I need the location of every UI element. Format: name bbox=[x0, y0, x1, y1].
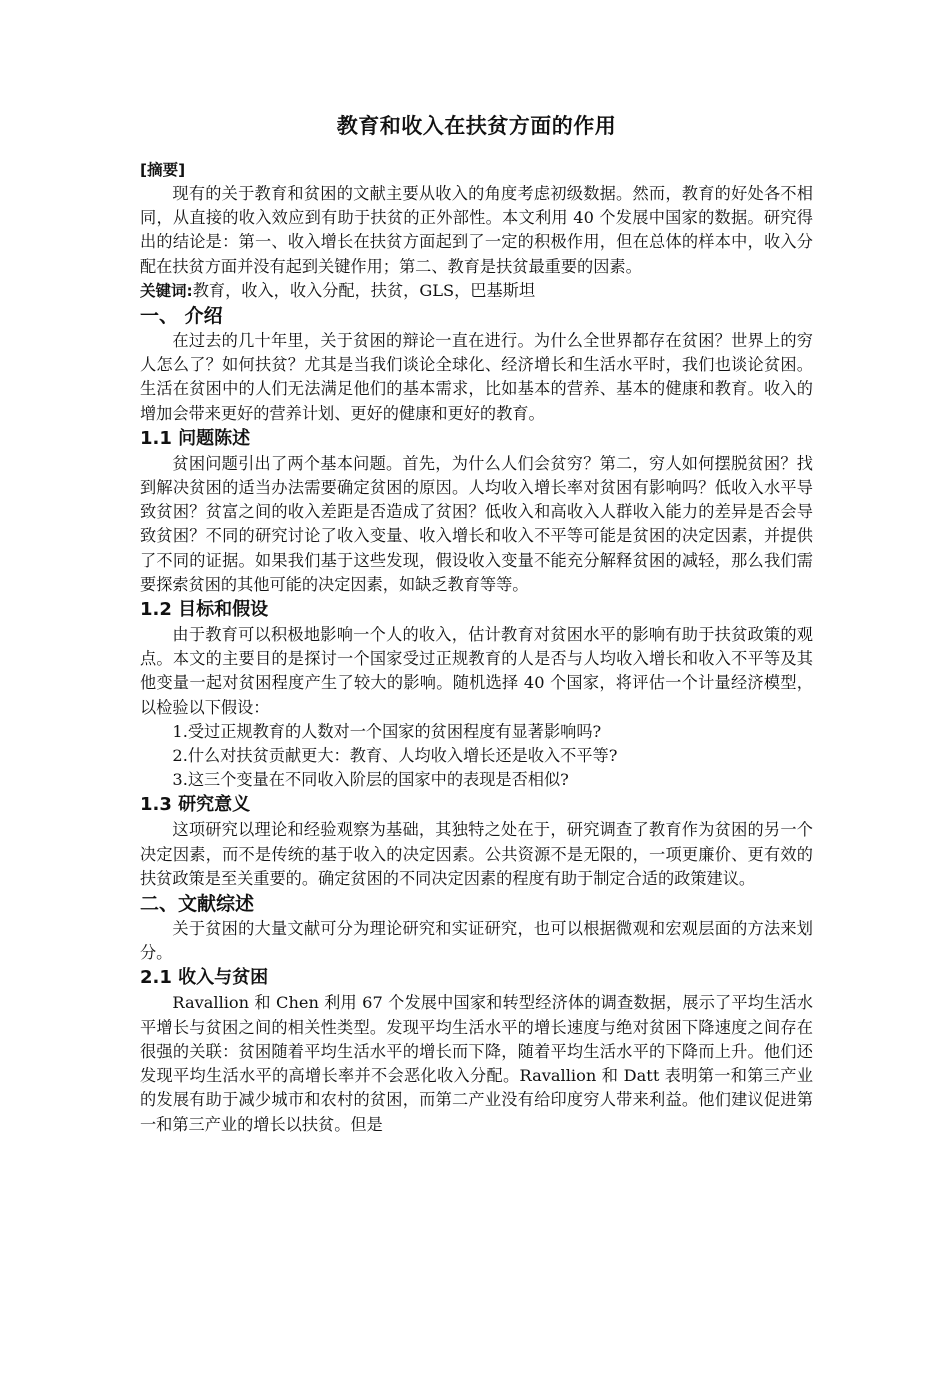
section-heading-significance: 1.3 研究意义 bbox=[140, 792, 813, 818]
keywords: 关键词:教育，收入，收入分配，扶贫，GLS，巴基斯坦 bbox=[140, 279, 813, 303]
introduction-paragraph: 在过去的几十年里，关于贫困的辩论一直在进行。为什么全世界都存在贫困？世界上的穷人… bbox=[140, 329, 813, 426]
abstract-text: 现有的关于教育和贫困的文献主要从收入的角度考虑初级数据。然而，教育的好处各不相同… bbox=[140, 182, 813, 279]
keywords-label: 关键词: bbox=[140, 282, 193, 300]
section-heading-introduction: 一、 介绍 bbox=[140, 303, 813, 329]
section-heading-literature-review: 二、文献综述 bbox=[140, 891, 813, 917]
section-heading-problem-statement: 1.1 问题陈述 bbox=[140, 426, 813, 452]
literature-review-paragraph: 关于贫困的大量文献可分为理论研究和实证研究，也可以根据微观和宏观层面的方法来划分… bbox=[140, 917, 813, 965]
objectives-paragraph: 由于教育可以积极地影响一个人的收入，估计教育对贫困水平的影响有助于扶贫政策的观点… bbox=[140, 623, 813, 720]
keywords-text: 教育，收入，收入分配，扶贫，GLS，巴基斯坦 bbox=[193, 281, 535, 300]
significance-paragraph: 这项研究以理论和经验观察为基础，其独特之处在于，研究调查了教育作为贫困的另一个决… bbox=[140, 818, 813, 891]
abstract-label: [摘要] bbox=[140, 158, 813, 182]
income-poverty-paragraph: Ravallion 和 Chen 利用 67 个发展中国家和转型经济体的调查数据… bbox=[140, 991, 813, 1136]
section-heading-income-poverty: 2.1 收入与贫困 bbox=[140, 965, 813, 991]
hypothesis-item: 3.这三个变量在不同收入阶层的国家中的表现是否相似? bbox=[140, 768, 813, 792]
hypothesis-item: 2.什么对扶贫贡献更大：教育、人均收入增长还是收入不平等? bbox=[140, 744, 813, 768]
hypothesis-item: 1.受过正规教育的人数对一个国家的贫困程度有显著影响吗? bbox=[140, 720, 813, 744]
document-title: 教育和收入在扶贫方面的作用 bbox=[140, 112, 813, 140]
document-page: 教育和收入在扶贫方面的作用 [摘要] 现有的关于教育和贫困的文献主要从收入的角度… bbox=[140, 112, 813, 1137]
section-heading-objectives: 1.2 目标和假设 bbox=[140, 597, 813, 623]
problem-statement-paragraph: 贫困问题引出了两个基本问题。首先，为什么人们会贫穷？第二，穷人如何摆脱贫困？找到… bbox=[140, 452, 813, 597]
